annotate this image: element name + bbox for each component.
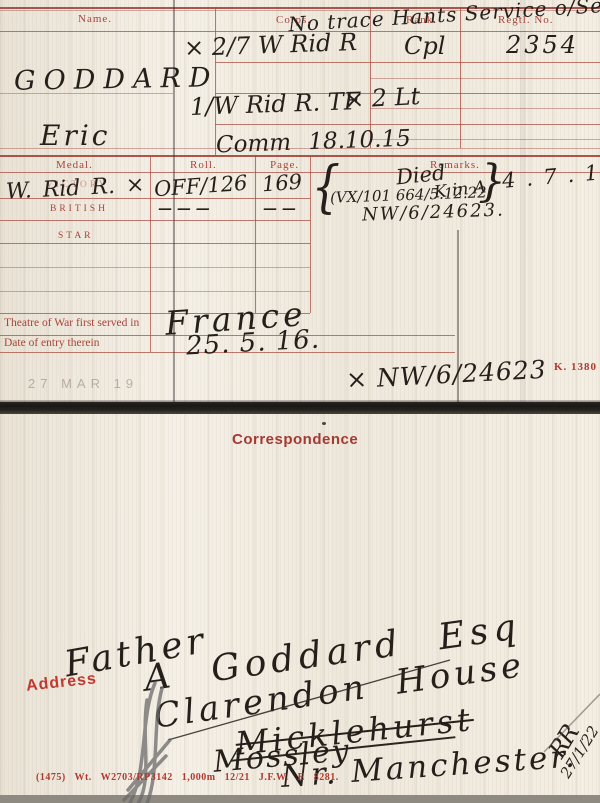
label-name: Name. [78, 13, 112, 25]
surname: GODDARD [14, 64, 219, 95]
service-corps-1: × 2/7 W Rid R [184, 30, 358, 60]
remarks-ref2: NW/6/24623. [362, 202, 505, 225]
form-code: K. 1380 [554, 361, 597, 373]
service-rank-2: × 2 Lt [343, 84, 420, 112]
date-entry-value: 25. 5. 16. [185, 327, 320, 360]
ruled-line [0, 267, 310, 268]
medal-british-roll: — — — [158, 202, 210, 216]
label-roll: Roll. [190, 159, 217, 171]
ruled-line [460, 7, 461, 148]
medal-british-page: — — [263, 202, 296, 216]
ink-speck [322, 422, 326, 425]
pencil-scribble [100, 678, 190, 803]
scan-gap [0, 400, 600, 414]
corner-stroke [542, 690, 600, 755]
service-rank-1: Cpl [404, 34, 445, 58]
faint-date-stamp: 27 MAR 19 [28, 376, 138, 391]
correspondence-title: Correspondence [232, 431, 358, 448]
ruled-line [255, 155, 256, 313]
ruled-line [0, 243, 310, 244]
ruled-line [0, 220, 310, 221]
ruled-line [370, 78, 600, 79]
ruled-line [150, 155, 151, 352]
label-theatre: Theatre of War first served in [4, 317, 139, 329]
scan-edge-strip [0, 795, 600, 803]
label-medal: Medal. [56, 159, 93, 171]
print-code: (1475) Wt. W2703/RP3142 1,000m 12/21 J.F… [36, 772, 339, 783]
ruled-line [215, 62, 600, 63]
label-british: British [50, 204, 108, 214]
forename: Eric [40, 122, 110, 150]
scan-streak [520, 0, 526, 402]
medal-victory-page: 169 [261, 172, 302, 196]
service-regtl-1: 2354 [506, 33, 579, 57]
service-corps-2: 1/W Rid R. TF [190, 89, 361, 119]
label-date-entry: Date of entry therein [4, 337, 99, 349]
label-star: Star [58, 231, 94, 241]
ruled-line [0, 291, 310, 292]
medal-index-card-scan: Name. Corps. Rank. Regtl. No. Medal. Rol… [0, 0, 600, 803]
